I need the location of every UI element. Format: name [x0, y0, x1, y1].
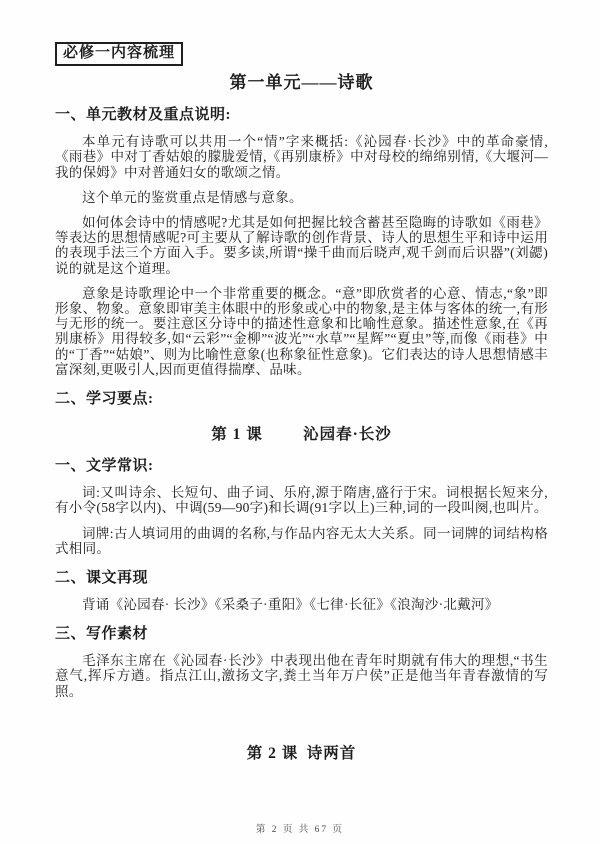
paragraph-recite-list: 背诵《沁园春· 长沙》《采桑子·重阳》《七律·长征》《浪淘沙·北戴河》 — [55, 597, 548, 612]
paragraph-writing-material: 毛泽东主席在《沁园春·长沙》中表现出他在青年时期就有伟大的理想,“书生意气,挥斥… — [55, 653, 548, 699]
lesson-1-sub-1-heading: 一、文学常识: — [55, 457, 548, 475]
lesson-1-number: 第 1 课 — [211, 426, 263, 443]
lesson-1-sub-2-heading: 二、课文再现 — [55, 569, 548, 587]
paragraph-how-to-feel-emotion: 如何体会诗中的情感呢?尤其是如何把握比较含蓄甚至隐晦的诗歌如《雨巷》等表达的思想… — [55, 215, 548, 276]
lesson-1-title: 沁园春·长沙 — [303, 426, 392, 443]
paragraph-imagery-concept: 意象是诗歌理论中一个非常重要的概念。“意”即欣赏者的心意、情志,“象”即形象、物… — [55, 286, 548, 377]
document-page: 必修一内容梳理 第一单元——诗歌 一、单元教材及重点说明: 本单元有诗歌可以共用… — [0, 0, 600, 844]
lesson-2-number: 第 2 课 — [247, 745, 299, 762]
lesson-1-sub-3-heading: 三、写作素材 — [55, 625, 548, 643]
page-number-footer: 第 2 页 共 67 页 — [0, 821, 600, 835]
lesson-2-heading: 第 2 课诗两首 — [55, 741, 548, 763]
paragraph-appreciation-focus: 这个单元的鉴赏重点是情感与意象。 — [55, 190, 548, 205]
paragraph-unit-overview: 本单元有诗歌可以共用一个“情”字来概括:《沁园春·长沙》中的革命豪情,《雨巷》中… — [55, 134, 548, 180]
lesson-1-heading: 第 1 课沁园春·长沙 — [55, 422, 548, 444]
unit-heading: 第一单元——诗歌 — [55, 68, 548, 93]
section-1-heading: 一、单元教材及重点说明: — [55, 106, 548, 124]
section-2-heading: 二、学习要点: — [55, 390, 548, 408]
paragraph-ci-definition: 词:又叫诗余、长短句、曲子词、乐府,源于隋唐,盛行于宋。词根据长短来分,有小令(… — [55, 485, 548, 515]
lesson-2-title: 诗两首 — [307, 745, 357, 762]
course-title-badge: 必修一内容梳理 — [55, 42, 183, 66]
paragraph-cipai-definition: 词牌:古人填词用的曲调的名称,与作品内容无太大关系。同一词牌的词结构格式相同。 — [55, 526, 548, 556]
